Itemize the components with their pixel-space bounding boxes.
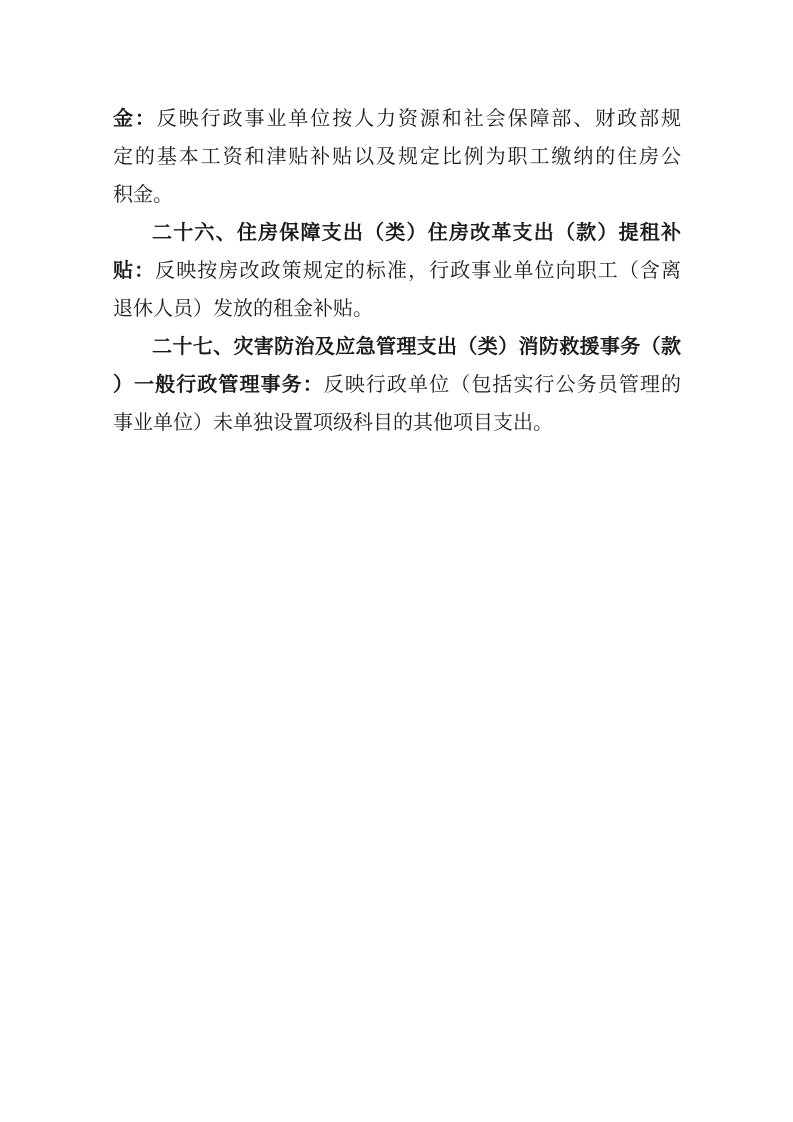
document-body: 金：反映行政事业单位按人力资源和社会保障部、财政部规定的基本工资和津贴补贴以及规… <box>113 100 681 442</box>
text-line: 二十六、住房保障支出（类）住房改革支出（款）提租补 <box>113 214 681 252</box>
body-text: 积金。 <box>113 184 173 206</box>
text-line: 金：反映行政事业单位按人力资源和社会保障部、财政部规 <box>113 100 681 138</box>
text-line: ）一般行政管理事务：反映行政单位（包括实行公务员管理的 <box>113 366 681 404</box>
heading-text: 二十七、灾害防治及应急管理支出（类）消防救援事务（款 <box>152 336 681 358</box>
body-text: 反映行政事业单位按人力资源和社会保障部、财政部规 <box>157 108 681 130</box>
text-line: 二十七、灾害防治及应急管理支出（类）消防救援事务（款 <box>113 328 681 366</box>
document-page: 金：反映行政事业单位按人力资源和社会保障部、财政部规定的基本工资和津贴补贴以及规… <box>0 0 793 1122</box>
text-line: 积金。 <box>113 176 681 214</box>
paragraph-27-disaster-prevention-fire-rescue: 二十七、灾害防治及应急管理支出（类）消防救援事务（款）一般行政管理事务：反映行政… <box>113 328 681 442</box>
body-text: 定的基本工资和津贴补贴以及规定比例为职工缴纳的住房公 <box>113 146 681 168</box>
text-line: 退休人员）发放的租金补贴。 <box>113 290 681 328</box>
text-line: 事业单位）未单独设置项级科目的其他项目支出。 <box>113 404 681 442</box>
heading-text: ）一般行政管理事务： <box>113 374 324 396</box>
body-text: 退休人员）发放的租金补贴。 <box>113 298 373 320</box>
text-line: 贴：反映按房改政策规定的标准，行政事业单位向职工（含离 <box>113 252 681 290</box>
paragraph-26-housing-reform-rent-subsidy: 二十六、住房保障支出（类）住房改革支出（款）提租补贴：反映按房改政策规定的标准，… <box>113 214 681 328</box>
heading-text: 二十六、住房保障支出（类）住房改革支出（款）提租补 <box>152 222 681 244</box>
body-text: 事业单位）未单独设置项级科目的其他项目支出。 <box>113 412 553 434</box>
heading-text: 贴： <box>113 260 155 282</box>
paragraph-housing-fund-continuation: 金：反映行政事业单位按人力资源和社会保障部、财政部规定的基本工资和津贴补贴以及规… <box>113 100 681 214</box>
text-line: 定的基本工资和津贴补贴以及规定比例为职工缴纳的住房公 <box>113 138 681 176</box>
body-text: 反映行政单位（包括实行公务员管理的 <box>324 374 681 396</box>
heading-text: 金： <box>113 108 157 130</box>
body-text: 反映按房改政策规定的标准，行政事业单位向职工（含离 <box>155 260 681 282</box>
